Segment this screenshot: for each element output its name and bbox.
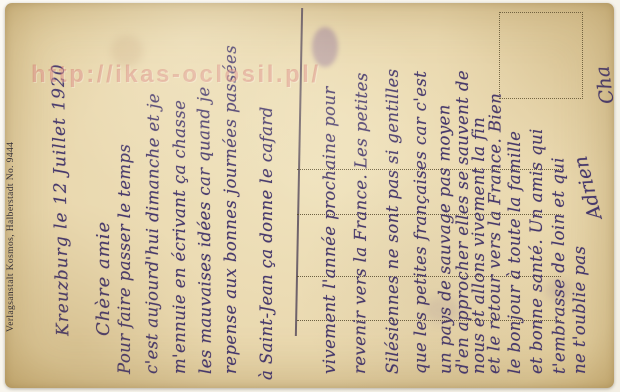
- postcard: Verlagsanstalt Kosmos, Halberstadt No. 9…: [5, 3, 614, 388]
- salutation: Chère amie: [93, 221, 114, 336]
- message-line: Silésiennes ne sont pas si gentilles: [383, 68, 403, 374]
- message-line: et bonne santé. Un amis qui: [527, 128, 547, 374]
- message-line: ne t'oublie pas: [570, 246, 590, 374]
- message-line: revenir vers la France. Les petites: [350, 72, 372, 374]
- message-line: à Saint-Jean ça donne le cafard: [257, 106, 277, 380]
- message-line: Pour faire passer le temps: [115, 144, 135, 374]
- signature: Adrien: [570, 154, 607, 222]
- message-line: m'ennuie en écrivant ça chasse: [170, 100, 190, 374]
- watermark-text: http://ikas-oclosil.pl/: [31, 61, 321, 89]
- scanned-postcard-photo: Verlagsanstalt Kosmos, Halberstadt No. 9…: [0, 0, 620, 392]
- message-line: repense aux bonnes journées passées: [221, 45, 241, 374]
- message-line: les mauvaises idées car quand je: [194, 86, 216, 374]
- message-line: t'embrasse de loin et qui: [548, 157, 569, 374]
- publisher-imprint: Verlagsanstalt Kosmos, Halberstadt No. 9…: [6, 142, 16, 332]
- dateline: Kreuzburg le 12 Juillet 1920: [49, 63, 74, 336]
- edge-text-fragment: Cha: [591, 65, 614, 106]
- message-line: que les petites françaises car c'est: [411, 71, 431, 374]
- message-line: le bonjour à toute la famille: [505, 131, 525, 374]
- message-line: vivement l'année prochaine pour: [320, 86, 340, 374]
- message-line: c'est aujourd'hui dimanche et je: [142, 93, 164, 374]
- message-line: et le retour vers la France. Bien: [484, 93, 505, 374]
